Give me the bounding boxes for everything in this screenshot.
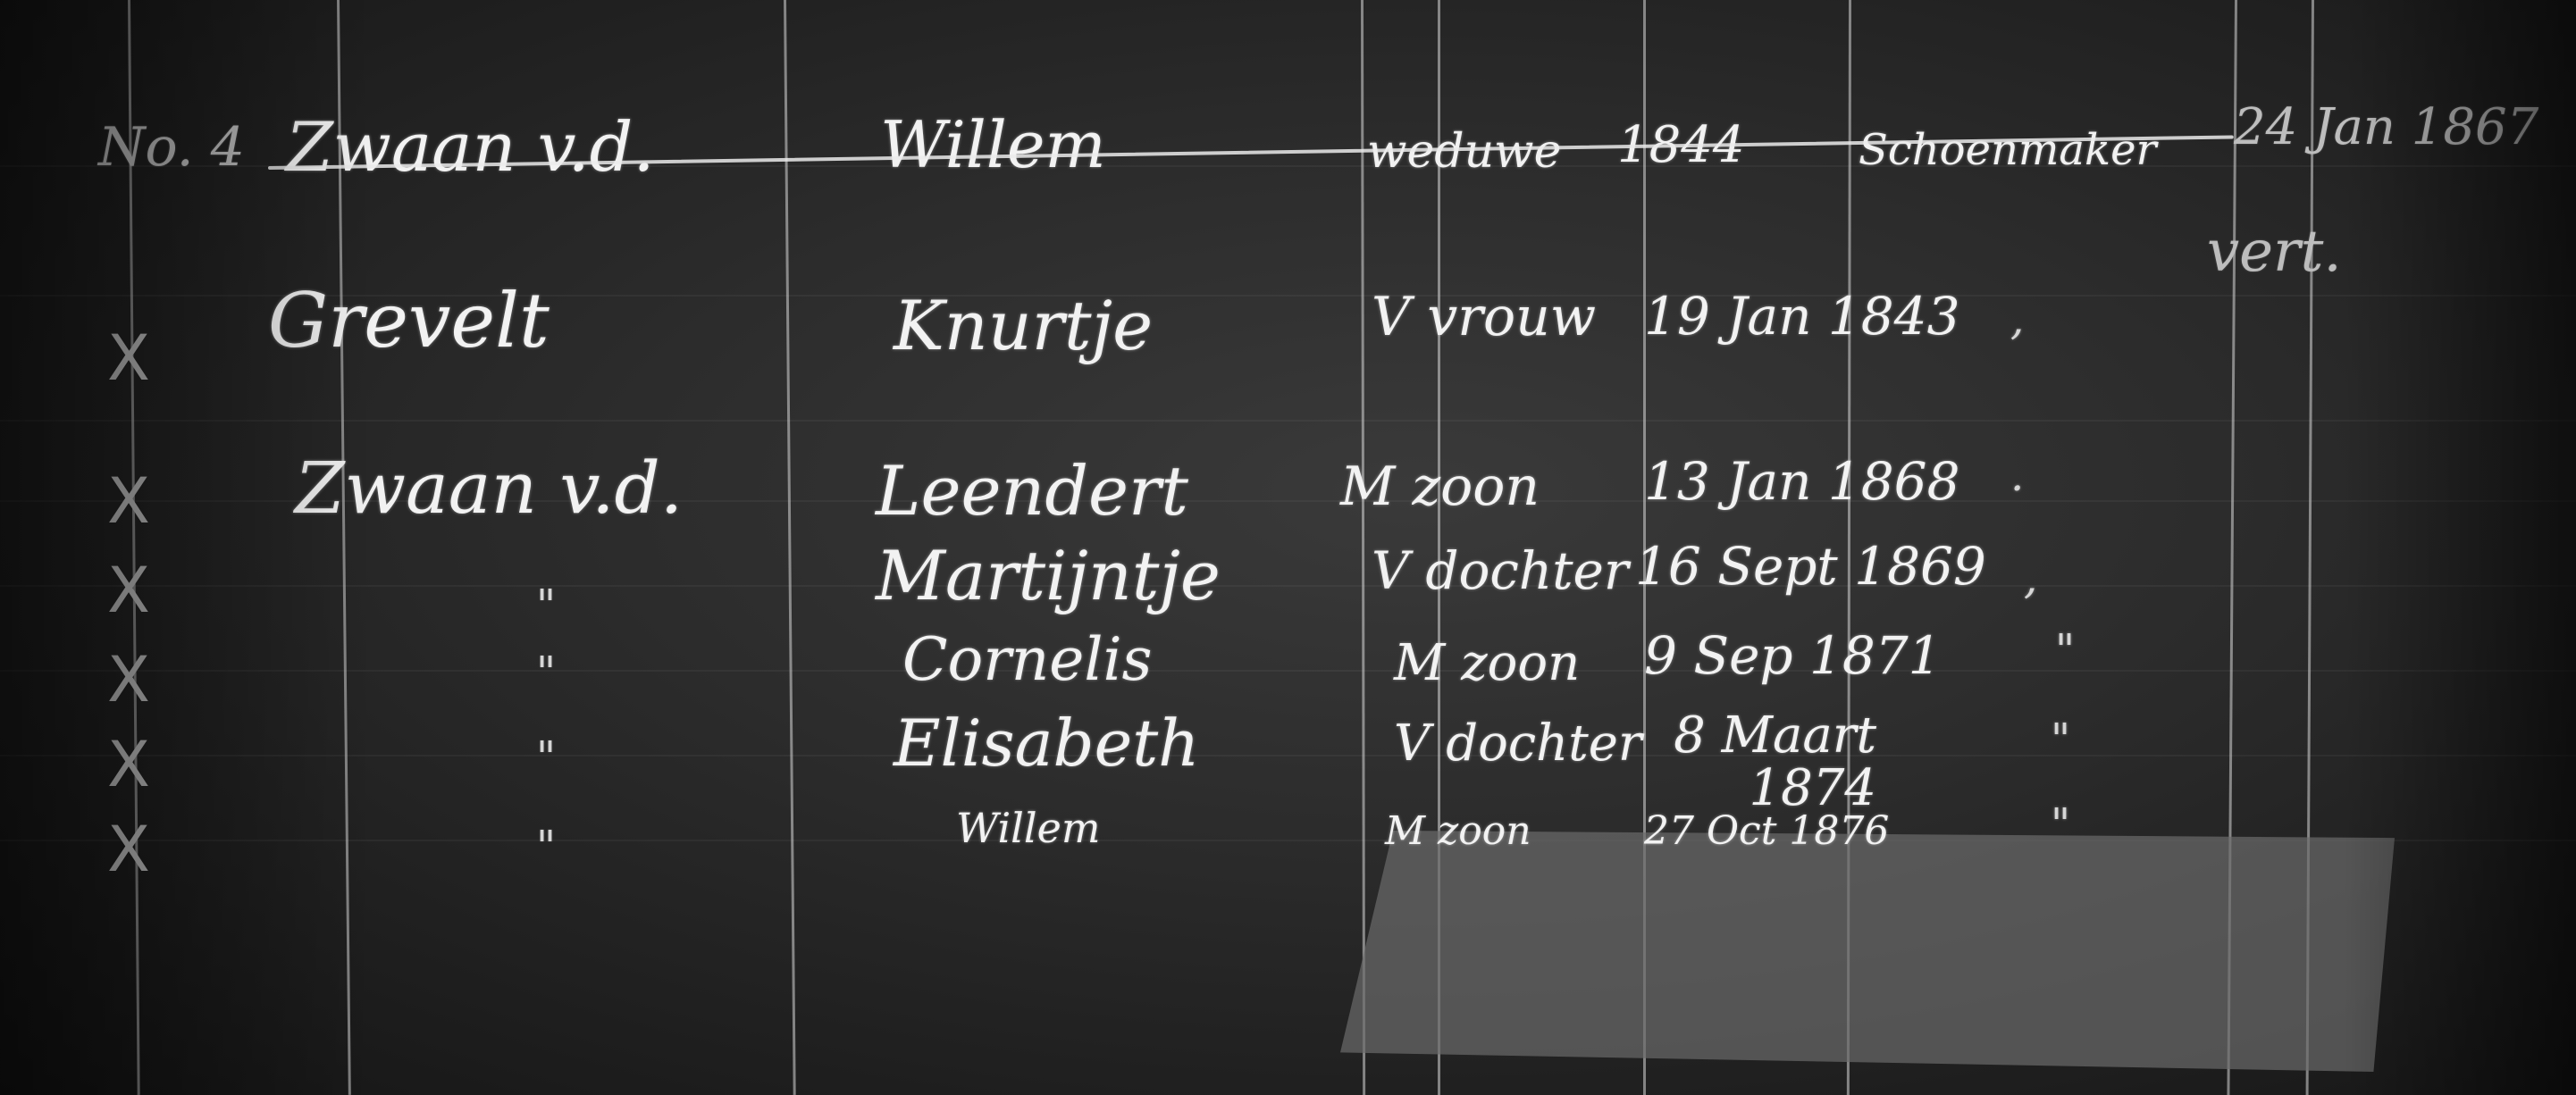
row-mark: " <box>2051 799 2070 849</box>
row-sex-relation: V dochter <box>1372 540 1629 601</box>
column-rule <box>784 0 796 1095</box>
vignette <box>2344 0 2576 1095</box>
paper-patch <box>1340 831 2395 1072</box>
ruled-line <box>0 670 2576 672</box>
row-sex-relation: V vrouw <box>1372 286 1596 348</box>
row-given-name: Leendert <box>876 451 1188 531</box>
row-mark: " <box>2051 715 2070 765</box>
row-given-name: Martijntje <box>876 536 1221 615</box>
row-surname-ditto: " <box>536 732 556 782</box>
row-birth-date: 9 Sep 1871 <box>1644 625 1942 686</box>
row-birth-date: 16 Sept 1869 <box>1635 536 1986 597</box>
row-sex-relation: V dochter <box>1394 715 1642 773</box>
row-given-name: Knurtje <box>894 286 1153 365</box>
register-page: No. 4 Zwaan v.d. Willem weduwe 1844 Scho… <box>0 0 2576 1095</box>
row-surname-ditto: " <box>536 648 556 698</box>
row-surname-ditto: " <box>536 822 556 872</box>
row-sex-relation: M zoon <box>1340 456 1540 518</box>
row-birth-date: 8 Maart 1874 <box>1644 710 1876 815</box>
vignette <box>0 0 375 1095</box>
row-mark: , <box>2010 295 2024 345</box>
row-mark: , <box>2024 554 2037 604</box>
row-given-name: Cornelis <box>902 625 1152 694</box>
row-birth-date: 27 Oct 1876 <box>1644 808 1889 854</box>
ruled-line <box>0 420 2576 422</box>
row-sex-relation: M zoon <box>1385 808 1531 854</box>
row-surname-ditto: " <box>536 581 556 631</box>
row-sex-relation: M zoon <box>1394 634 1580 692</box>
header-profession: Schoenmaker <box>1859 125 2156 175</box>
row-given-name: Elisabeth <box>894 706 1200 781</box>
row-birth-date: 19 Jan 1843 <box>1644 286 1959 347</box>
row-given-name: Willem <box>956 804 1100 852</box>
row-mark: " <box>2055 625 2075 675</box>
column-rule <box>1361 0 1365 1095</box>
ruled-line <box>0 755 2576 756</box>
row-birth-date: 13 Jan 1868 <box>1644 451 1959 512</box>
header-given-name: Willem <box>880 107 1106 182</box>
right-margin-note: vert. <box>2207 219 2342 285</box>
ruled-line <box>0 585 2576 587</box>
row-mark: . <box>2010 451 2024 501</box>
